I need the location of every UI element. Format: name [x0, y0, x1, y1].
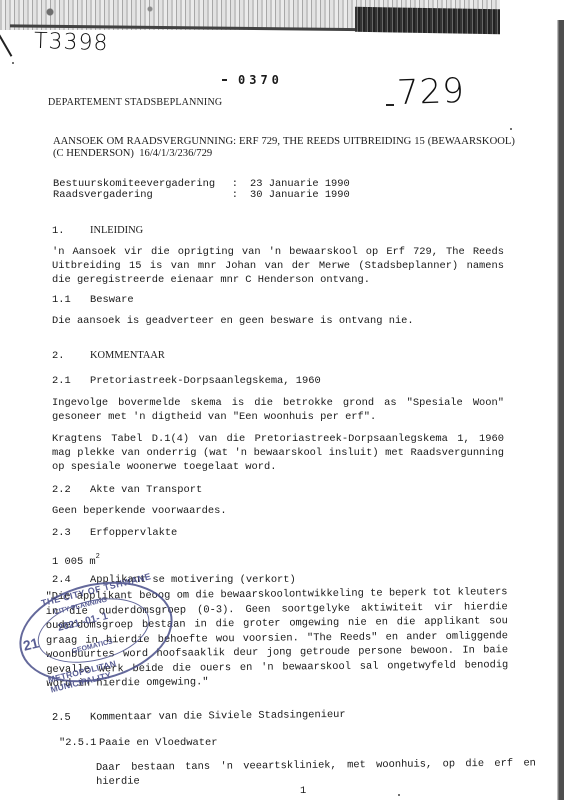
section-heading-1: 1.INLEIDING [52, 225, 143, 237]
scan-edge-right [556, 20, 564, 800]
section-title: KOMMENTAAR [90, 350, 165, 361]
handwritten-reference: T3398 [34, 29, 109, 57]
section-heading-2: 2.KOMMENTAAR [52, 350, 165, 362]
area-value: 1 005 m [52, 556, 96, 568]
handwritten-mark [0, 33, 12, 57]
section-body-2-1a: Ingevolge bovermelde skema is die betrok… [52, 396, 504, 424]
section-number: "2.5.1 [59, 737, 99, 749]
meeting-label: Raadsvergadering [53, 190, 153, 201]
section-number: 2.1 [52, 375, 90, 387]
meeting-row: Raadsvergadering: 30 Januarie 1990 [53, 190, 350, 201]
section-title: Pretoriastreek-Dorpsaanlegskema, 1960 [90, 375, 321, 387]
title-word: 15 [414, 136, 425, 148]
section-body-1-1: Die aansoek is geadverteer en geen beswa… [52, 314, 504, 328]
title-word: 729, [261, 136, 280, 148]
handwritten-dash [386, 104, 394, 106]
section-heading-2-5-1: "2.5.1Paaie en Vloedwater [59, 737, 217, 749]
section-title: Besware [90, 294, 134, 306]
title-word: UITBREIDING [343, 136, 411, 148]
page-code-dash [222, 79, 227, 81]
page-number: 1 [300, 785, 306, 797]
section-body-2-1b: Kragtens Tabel D.1(4) van die Pretoriast… [52, 432, 504, 474]
section-body-1: 'n Aansoek vir die oprigting van 'n bewa… [52, 245, 504, 287]
section-title: Akte van Transport [90, 484, 202, 496]
section-body-2-2: Geen beperkende voorwaardes. [52, 504, 504, 518]
scan-edge-shadow [355, 7, 500, 35]
section-number: 2.5 [52, 712, 90, 724]
section-number: 1. [52, 225, 90, 237]
title-word: OM [107, 136, 124, 148]
handwritten-erf-number: 729 [396, 71, 465, 113]
stamp-day: 21 [21, 634, 40, 653]
section-heading-1-1: 1.1Besware [52, 294, 134, 306]
section-heading-2-5: 2.5Kommentaar van die Siviele Stadsingen… [52, 709, 346, 724]
section-number: 2.4 [52, 574, 90, 586]
section-body-2-5-1: Daar bestaan tans 'n veeartskliniek, met… [96, 756, 536, 789]
title-word: ERF [239, 136, 258, 148]
erf-area-value: 1 005 m2 [52, 550, 504, 569]
department-header: DEPARTEMENT STADSBEPLANNING [48, 97, 222, 108]
title-word: RAADSVERGUNNING: [127, 136, 236, 148]
section-number: 2. [52, 350, 90, 362]
section-number: 1.1 [52, 294, 90, 306]
section-heading-2-1: 2.1Pretoriastreek-Dorpsaanlegskema, 1960 [52, 375, 321, 387]
section-heading-2-2: 2.2Akte van Transport [52, 484, 202, 496]
title-word: AANSOEK [53, 136, 104, 148]
section-number: 2.2 [52, 484, 90, 496]
area-unit-superscript: 2 [96, 553, 100, 561]
meeting-date: 30 Januarie 1990 [250, 190, 350, 201]
title-word: (BEWAARSKOOL) [428, 136, 515, 148]
title-line-1: AANSOEKOMRAADSVERGUNNING:ERF729,THEREEDS… [53, 136, 515, 148]
title-word: REEDS [306, 136, 340, 148]
section-number: 2.3 [52, 527, 90, 539]
section-heading-2-3: 2.3Erfoppervlakte [52, 527, 177, 539]
section-title: Erfoppervlakte [90, 527, 177, 539]
meeting-separator: : [232, 190, 238, 201]
title-line-2: (C HENDERSON) 16/4/1/3/236/729 [53, 148, 515, 160]
document-title: AANSOEKOMRAADSVERGUNNING:ERF729,THEREEDS… [53, 136, 515, 160]
section-title: INLEIDING [90, 225, 143, 236]
title-word: THE [283, 136, 304, 148]
section-title: Paaie en Vloedwater [99, 737, 217, 749]
section-title: Kommentaar van die Siviele Stadsingenieu… [90, 709, 346, 724]
meeting-dates: Bestuurskomiteevergadering: 23 Januarie … [53, 179, 350, 201]
page-code: 0370 [238, 73, 283, 87]
